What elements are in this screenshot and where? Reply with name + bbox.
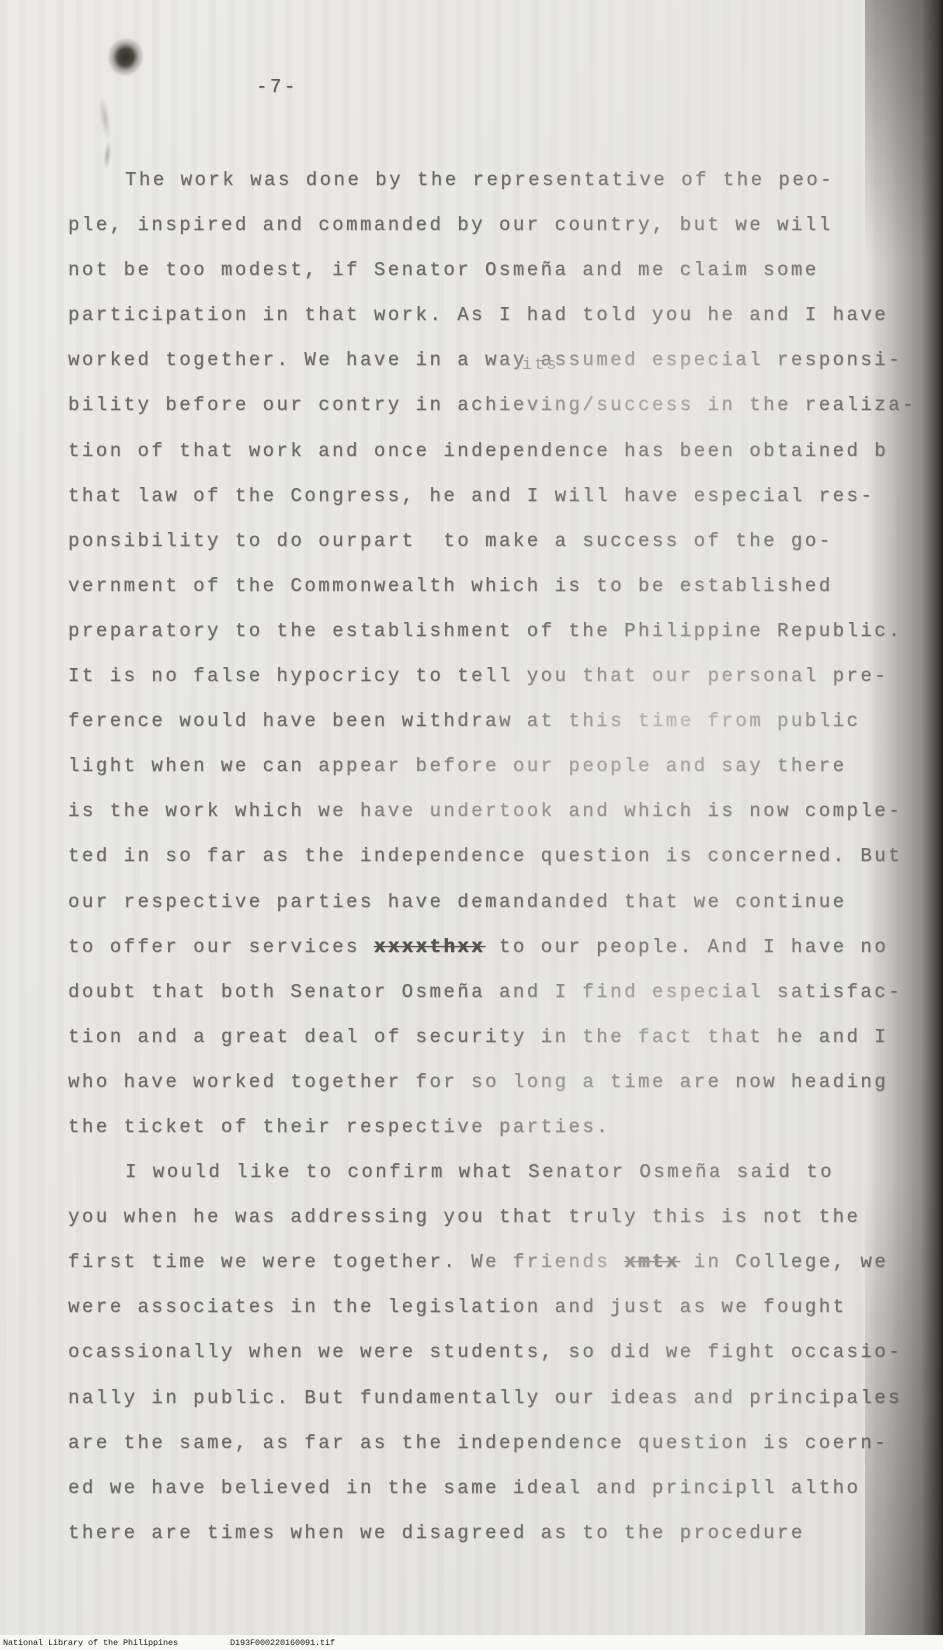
- typed-line: the ticket of their respective parties.: [68, 1105, 936, 1150]
- footer-library-label: National Library of the Philippines: [3, 1638, 178, 1648]
- typed-line: I would like to confirm what Senator Osm…: [68, 1150, 936, 1195]
- typed-line: you when he was addressing you that trul…: [68, 1195, 936, 1240]
- typed-text: first time we were together. We friends: [68, 1251, 624, 1273]
- typed-line: ocassionally when we were students, so d…: [68, 1330, 936, 1375]
- typed-line: ed we have believed in the same ideal an…: [68, 1466, 936, 1511]
- typed-line: tion of that work and once independence …: [68, 429, 936, 474]
- typed-line: worked together. We have in a way assume…: [68, 338, 936, 383]
- struck-word: xxxxthxx: [374, 936, 485, 958]
- typed-text: in College, we: [680, 1251, 889, 1273]
- typed-line: ted in so far as the independence questi…: [68, 834, 936, 879]
- typed-lines: The work was done by the representative …: [68, 158, 936, 1556]
- typed-line: participation in that work. As I had tol…: [68, 293, 936, 338]
- typed-line: ple, inspired and commanded by our count…: [68, 203, 936, 248]
- typed-line: ponsibility to do ourpart to make a succ…: [68, 519, 936, 564]
- scanned-page: -7- The work was done by the representat…: [0, 0, 943, 1650]
- typed-line: are the same, as far as the independence…: [68, 1421, 936, 1466]
- typed-line: nally in public. But fundamentally our i…: [68, 1376, 936, 1421]
- footer-filename: D193F000220160091.tif: [230, 1638, 335, 1648]
- scan-footer-bar: National Library of the Philippines D193…: [0, 1635, 943, 1650]
- typed-line: to offer our services xxxxthxx to our pe…: [68, 925, 936, 970]
- typed-line: It is no false hypocricy to tell you tha…: [68, 654, 936, 699]
- typed-line: there are times when we disagreed as to …: [68, 1511, 936, 1556]
- typed-line: tion and a great deal of security in the…: [68, 1015, 936, 1060]
- typed-line: ference would have been withdraw at this…: [68, 699, 936, 744]
- typed-line: not be too modest, if Senator Osmeña and…: [68, 248, 936, 293]
- typed-text: to offer our services: [68, 936, 374, 958]
- typed-line: vernment of the Commonwealth which is to…: [68, 564, 936, 609]
- typed-line: The work was done by the representative …: [68, 158, 936, 203]
- page-number: -7-: [256, 76, 298, 98]
- typed-line: that law of the Congress, he and I will …: [68, 474, 936, 519]
- typed-line: preparatory to the establishment of the …: [68, 609, 936, 654]
- typed-line: were associates in the legislation and j…: [68, 1285, 936, 1330]
- interline-insertion: its: [522, 356, 559, 375]
- typed-text: to our people. And I have no: [485, 936, 888, 958]
- typed-line: doubt that both Senator Osmeña and I fin…: [68, 970, 936, 1015]
- typed-line: light when we can appear before our peop…: [68, 744, 936, 789]
- typed-line: first time we were together. We friends …: [68, 1240, 936, 1285]
- typed-line: bility before our contry in achieving/su…: [68, 383, 936, 428]
- typed-line: who have worked together for so long a t…: [68, 1060, 936, 1105]
- typed-line: is the work which we have undertook and …: [68, 789, 936, 834]
- struck-word: xmtx: [624, 1251, 680, 1273]
- typed-line: our respective parties have demandanded …: [68, 880, 936, 925]
- scan-edge-shadow: [865, 0, 943, 1635]
